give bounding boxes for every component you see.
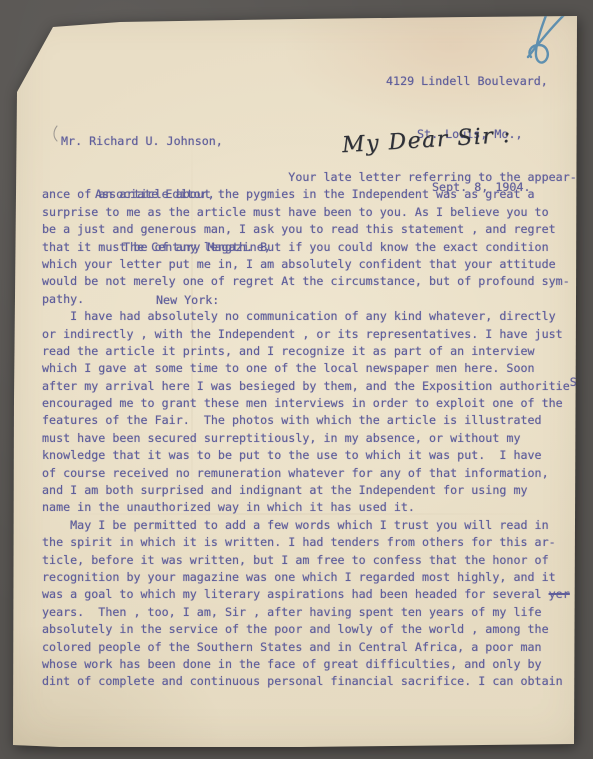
- typed-line: whose work has been done in the face of …: [42, 656, 572, 673]
- stray-ink-mark: [54, 126, 57, 141]
- typed-line: of course received no remuneration whate…: [42, 465, 572, 482]
- typed-line: be a just and generous man, I ask you to…: [42, 221, 572, 238]
- typed-line: that it must be of any length. But if yo…: [42, 239, 572, 256]
- letter-scan: 4129 Lindell Boulevard, St. Louis, Mo., …: [0, 0, 593, 759]
- typed-line: recognition by your magazine was one whi…: [42, 569, 572, 586]
- typed-line: knowledge that it was to be put to the u…: [42, 447, 572, 464]
- typed-line: surprise to me as the article must have …: [42, 204, 572, 221]
- typed-line: ance of an article about the pygmies in …: [42, 186, 572, 203]
- typed-line: which your letter put me in, I am absolu…: [42, 256, 572, 273]
- typed-line: the spirit in which it is written. I had…: [42, 534, 572, 551]
- typed-line: which I gave at some time to one of the …: [42, 360, 572, 377]
- typed-line: dint of complete and continuous personal…: [42, 673, 572, 690]
- typed-line: ticle, before it was written, but I am f…: [42, 552, 572, 569]
- typed-line: and I am both surprised and indignant at…: [42, 482, 572, 499]
- typed-line: colored people of the Southern States an…: [42, 639, 572, 656]
- typed-line: May I be permitted to add a few words wh…: [42, 517, 572, 534]
- letter-body: Your late letter referring to the appear…: [42, 169, 572, 691]
- typed-line: was a goal to which my literary aspirati…: [42, 586, 572, 603]
- letter-paper: 4129 Lindell Boulevard, St. Louis, Mo., …: [0, 0, 593, 759]
- typed-line: years. Then , too, I am, Sir , after hav…: [42, 604, 572, 621]
- typed-line: after my arrival here I was besieged by …: [42, 378, 572, 395]
- typed-line: Your late letter referring to the appear…: [42, 169, 572, 186]
- typed-line: I have had absolutely no communication o…: [42, 308, 572, 325]
- recipient-name: Mr. Richard U. Johnson,: [61, 133, 271, 151]
- typed-line: must have been secured surreptitiously, …: [42, 430, 572, 447]
- typed-line: or indirectly , with the Independent , o…: [42, 326, 572, 343]
- typed-line: features of the Fair. The photos with wh…: [42, 412, 572, 429]
- typed-line: encouraged me to grant these men intervi…: [42, 395, 572, 412]
- typed-line: name in the unauthorized way in which it…: [42, 499, 572, 516]
- typed-line: read the article it prints, and I recogn…: [42, 343, 572, 360]
- paper-shadow-wrap: 4129 Lindell Boulevard, St. Louis, Mo., …: [0, 0, 593, 759]
- typed-line: pathy.: [42, 291, 572, 308]
- return-address-street: 4129 Lindell Boulevard,: [386, 73, 548, 91]
- typed-line: absolutely in the service of the poor an…: [42, 621, 572, 638]
- typed-line: would be not merely one of regret At the…: [42, 273, 572, 290]
